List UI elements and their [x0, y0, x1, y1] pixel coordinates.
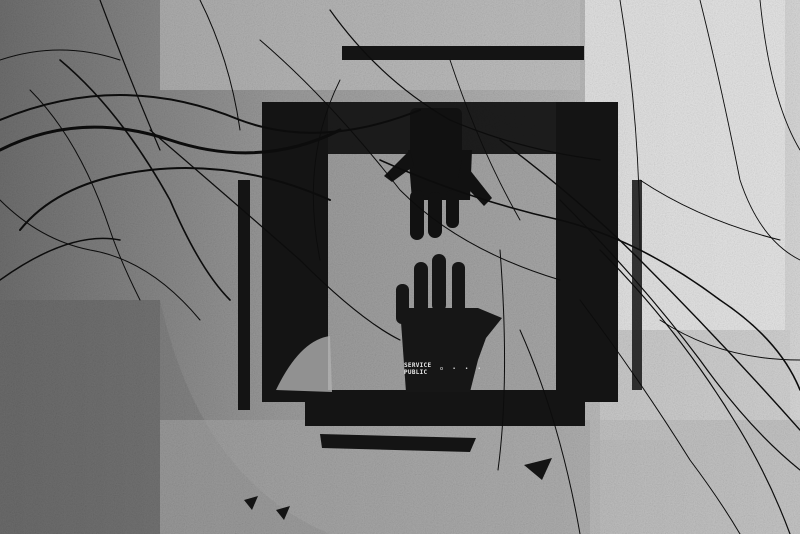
stencil-line-1: SERVICE [404, 362, 431, 369]
stencil-line-2: PUBLIC [404, 369, 427, 376]
stencil-text-service-public: SERVICE PUBLIC [404, 362, 431, 376]
stencil-marks: o • • • [440, 366, 485, 372]
mural-illustration [0, 0, 800, 534]
photo-scene: SERVICE PUBLIC o • • • [0, 0, 800, 534]
